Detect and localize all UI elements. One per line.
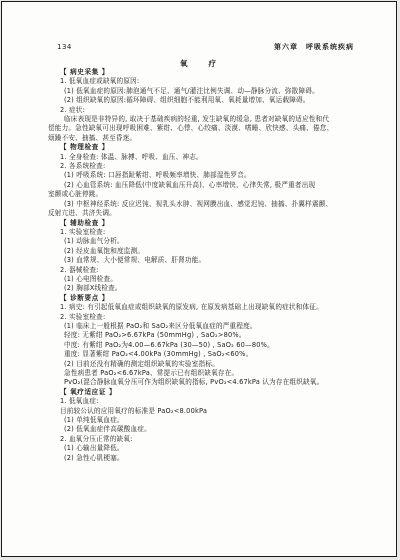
text-line: (2) 目前还没有精确的测定组织缺氧的实验室指标。 <box>48 360 362 369</box>
text-line: 1. 低氧血症: <box>48 397 362 406</box>
text-line: (2) 低氧血症伴高碳酸血症。 <box>48 425 362 434</box>
text-line: (1) 动脉血气分析。 <box>48 237 362 246</box>
body-text: 【 病史采集 】1. 低氧血症或缺氧的原因:(1) 低氧血症的原因:肺泡通气不足… <box>48 68 362 463</box>
text-line: 2. 血氧分压正常的缺氧: <box>48 435 362 444</box>
text-line: (2) 胸部X线检查。 <box>48 284 362 293</box>
text-line: 重度: 显著紫绀 PaO₂<4.00kPa (30mmHg) , SaO₂<60… <box>48 350 362 359</box>
text-line: (3) 血常规、大小便常规、电解质、肝肾功能。 <box>48 256 362 265</box>
text-line: 轻度: 无紫绀 PaO₂>6.67kPa (50mmHg) , SaO₂>80%… <box>48 331 362 340</box>
text-line: 1. 全身检查: 体温、脉搏、呼吸、血压、神志。 <box>48 153 362 162</box>
text-line: 急性病患者 PaO₂<6.67kPa、常提示已有组织缺氧存在。 <box>48 369 362 378</box>
text-line: 1. 实验室检查: <box>48 228 362 237</box>
text-line: (2) 经皮血氧饱和度监测。 <box>48 247 362 256</box>
text-line: (1) 心电图检查。 <box>48 275 362 284</box>
page-number: 134 <box>57 43 72 51</box>
text-line: 目前较公认的应用氧疗的标准是 PaO₂<8.00kPa <box>48 407 362 416</box>
text-line: 【 病史采集 】 <box>48 68 362 77</box>
chapter-header: 第六章 呼吸系统疾病 <box>274 42 354 52</box>
text-line: 中度: 有紫绀 PaO₂为4.00—6.67kPa (30—50) , SaO₂… <box>48 341 362 350</box>
text-line: 【 氧疗适应证 】 <box>48 388 362 397</box>
text-line: (2) 组织缺氧的原因:循环障碍、组织细胞不能利用氧、氧耗量增加、氧运载障碍。 <box>48 96 362 105</box>
text-line: (2) 急性心肌梗塞。 <box>48 454 362 463</box>
text-line: 2. 实验室检查: <box>48 313 362 322</box>
text-line: (1) 低氧血症的原因:肺泡通气不足、通气/灌注比例失调、动—静脉分流、弥散障碍… <box>48 87 362 96</box>
text-line: 【 辅助检查 】 <box>48 219 362 228</box>
text-line: 1. 病史: 有引起低氧血症或组织缺氧的原发病, 在原发病基础上出现缺氧的症状和… <box>48 303 362 312</box>
text-line: 1. 低氧血症或缺氧的原因: <box>48 77 362 86</box>
text-line: 【 物理检查 】 <box>48 143 362 152</box>
text-line: 【 诊断要点 】 <box>48 294 362 303</box>
text-line: 烦躁不安、抽搐、甚至昏迷。 <box>48 134 362 143</box>
text-line: (2) 心血管系统: 血压降低(中度缺氧血压升高)、心率增快、心律失常, 极严重… <box>48 181 362 190</box>
page-header: 134 第六章 呼吸系统疾病 <box>57 42 354 52</box>
text-line: PvO₂(混合静脉血氧分压可作为组织缺氧的指标, PvO₂<4.67kPa 认为… <box>48 378 362 387</box>
text-line: 偿能力。急性缺氧可出现呼吸困难、紫绀、心悸、心绞痛、淡漠、嗜睡、欣快感、头痛、倦… <box>48 124 362 133</box>
text-line: 反射亢进、共济失调。 <box>48 209 362 218</box>
text-line: (1) 心输出量降低。 <box>48 444 362 453</box>
text-line: 室颤或心脏停跳。 <box>48 190 362 199</box>
document-page: 134 第六章 呼吸系统疾病 氧 疗 【 病史采集 】1. 低氧血症或缺氧的原因… <box>1 1 397 557</box>
text-line: (1) 呼吸系统: 口唇指趾紫绀、呼吸频率增快、肺部湿性罗音。 <box>48 171 362 180</box>
text-line: (1) 临床上一般根据 PaO₂和 SaO₂来区分低氧血症的严重程度。 <box>48 322 362 331</box>
text-line: 2. 器械检查: <box>48 266 362 275</box>
text-line: 2. 症状: <box>48 106 362 115</box>
text-line: (3) 中枢神经系统: 反应迟钝、视乳头水肿、视网膜出血、感觉迟钝、抽搐、扑翼样… <box>48 200 362 209</box>
